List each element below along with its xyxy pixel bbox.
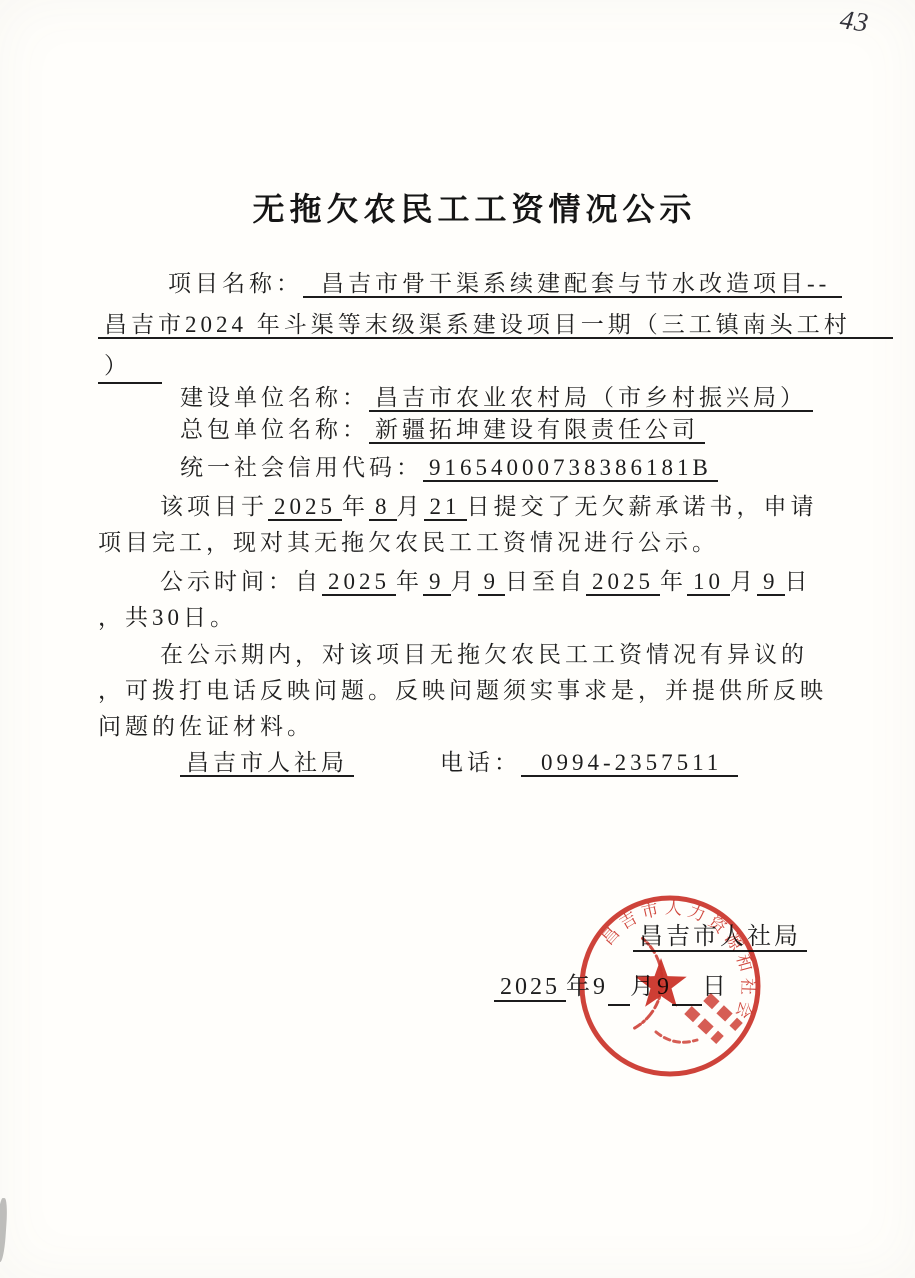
phone-label: 电话： (440, 750, 521, 775)
month-unit: 月 (397, 494, 424, 519)
official-seal: 昌吉市人力资源和社会保障局 (570, 886, 770, 1086)
period-start-month: 9 (423, 569, 451, 596)
submission-line-1: 该项目于2025年8月21日提交了无欠薪承诺书，申请 (160, 491, 818, 523)
credit-code-value: 91654000738386181B (423, 455, 718, 482)
year-unit: 年 (660, 569, 687, 594)
year-unit: 年 (342, 494, 369, 519)
credit-code-row: 统一社会信用代码：91654000738386181B (180, 452, 718, 484)
period-prefix: 公示时间：自 (160, 569, 322, 594)
month-unit: 月 (451, 569, 478, 594)
month-unit: 月 (730, 569, 757, 594)
builder-row: 建设单位名称：昌吉市农业农村局（市乡村振兴局） (180, 382, 813, 414)
seal-inner-text-marks (688, 1010, 720, 1040)
scan-smudge (0, 1198, 8, 1262)
period-line-2: ，共30日。 (98, 602, 237, 634)
submission-month: 8 (369, 494, 397, 521)
contact-org: 昌吉市人社局 (180, 750, 354, 777)
project-name-row: 项目名称：昌吉市骨干渠系续建配套与节水改造项目-- (168, 268, 842, 300)
period-end-month: 10 (687, 569, 730, 596)
project-name-label: 项目名称： (168, 271, 303, 296)
handwritten-page-number: 43 (838, 4, 871, 39)
period-end-day: 9 (757, 569, 785, 596)
period-line-1: 公示时间：自2025年9月9日至自2025年10月9日 (160, 566, 812, 598)
project-name-value-line2: 昌吉市2024 年斗渠等末级渠系建设项目一期（三工镇南头工村 (98, 312, 893, 339)
submission-day: 21 (424, 494, 467, 521)
builder-value: 昌吉市农业农村局（市乡村振兴局） (369, 385, 813, 412)
document-page: 43 无拖欠农民工工资情况公示 项目名称：昌吉市骨干渠系续建配套与节水改造项目-… (0, 0, 915, 1278)
period-mid: 日至自 (505, 569, 586, 594)
year-unit: 年 (396, 569, 423, 594)
credit-code-label: 统一社会信用代码： (180, 455, 423, 480)
period-start-day: 9 (478, 569, 506, 596)
submission-prefix: 该项目于 (160, 494, 268, 519)
contact-row: 昌吉市人社局电话：0994-2357511 (180, 747, 738, 779)
contractor-row: 总包单位名称：新疆拓坤建设有限责任公司 (180, 414, 705, 446)
project-name-value-line3: ） (98, 350, 162, 384)
dispute-line-3: 问题的佐证材料。 (98, 711, 314, 743)
submission-year: 2025 (268, 494, 342, 521)
day-unit: 日 (785, 569, 812, 594)
signature-date-year: 2025 (494, 974, 566, 1002)
project-name-row-3: ） (98, 350, 162, 384)
project-name-value-line1: 昌吉市骨干渠系续建配套与节水改造项目-- (303, 271, 842, 298)
period-start-year: 2025 (322, 569, 396, 596)
dispute-line-1: 在公示期内，对该项目无拖欠农民工工资情况有异议的 (160, 639, 808, 671)
seal-script-flourish (656, 1032, 697, 1042)
period-end-year: 2025 (586, 569, 660, 596)
submission-line-2: 项目完工，现对其无拖欠农民工工资情况进行公示。 (98, 527, 719, 559)
contractor-value: 新疆拓坤建设有限责任公司 (369, 417, 705, 444)
project-name-row-2: 昌吉市2024 年斗渠等末级渠系建设项目一期（三工镇南头工村 (98, 309, 893, 341)
builder-label: 建设单位名称： (180, 385, 369, 410)
submission-suffix: 日提交了无欠薪承诺书，申请 (467, 494, 818, 519)
contractor-label: 总包单位名称： (180, 417, 369, 442)
phone-value: 0994-2357511 (521, 750, 738, 777)
dispute-line-2: ，可拨打电话反映问题。反映问题须实事求是，并提供所反映 (98, 675, 827, 707)
notice-title: 无拖欠农民工工资情况公示 (0, 184, 915, 230)
